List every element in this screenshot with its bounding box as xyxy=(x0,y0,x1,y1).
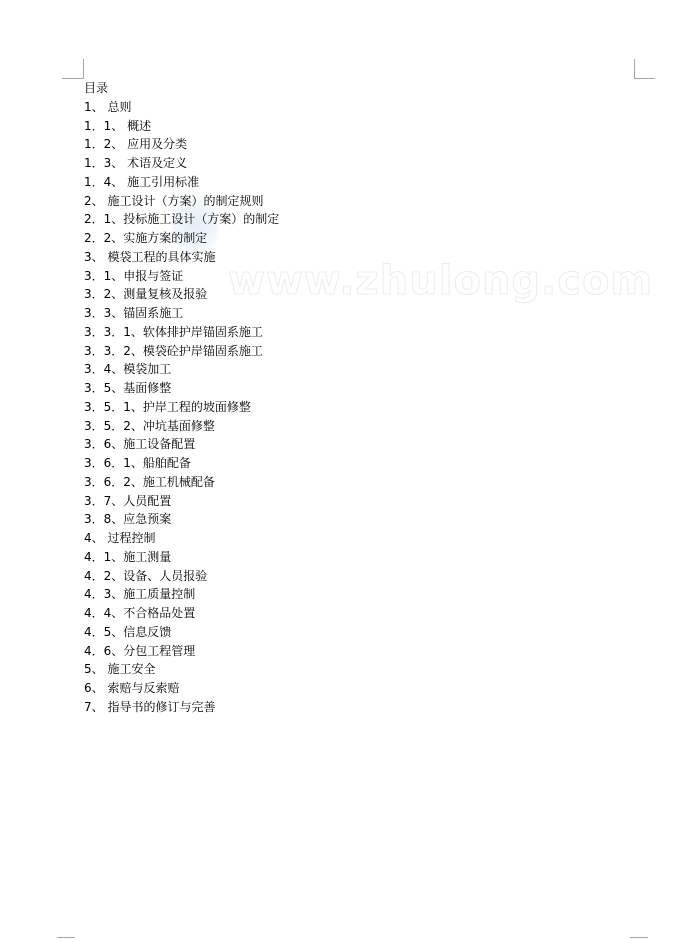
toc-item[interactable]: 3．3、锚固系施工 xyxy=(84,304,279,323)
toc-item[interactable]: 3．6．1、船舶配备 xyxy=(84,454,279,473)
toc-item[interactable]: 3．6、施工设备配置 xyxy=(84,435,279,454)
toc-title: 目录 xyxy=(84,79,279,98)
toc-item[interactable]: 3．3．2、模袋砼护岸锚固系施工 xyxy=(84,342,279,361)
toc-item[interactable]: 3．4、模袋加工 xyxy=(84,360,279,379)
toc-item[interactable]: 6、 索赔与反索赔 xyxy=(84,679,279,698)
toc-item[interactable]: 2．1、投标施工设计（方案）的制定 xyxy=(84,210,279,229)
toc-item[interactable]: 3．6．2、施工机械配备 xyxy=(84,473,279,492)
toc-item[interactable]: 3．7、人员配置 xyxy=(84,492,279,511)
corner-mark-top-left-v xyxy=(83,59,84,79)
toc-item[interactable]: 3．1、申报与签证 xyxy=(84,267,279,286)
toc-item[interactable]: 2、 施工设计（方案）的制定规则 xyxy=(84,192,279,211)
corner-mark-top-right-v xyxy=(634,59,635,79)
toc-item[interactable]: 3．5．2、冲坑基面修整 xyxy=(84,417,279,436)
corner-mark-top-left-h xyxy=(62,78,83,79)
toc-item[interactable]: 3、 模袋工程的具体实施 xyxy=(84,248,279,267)
toc-item[interactable]: 5、 施工安全 xyxy=(84,660,279,679)
corner-mark-bottom-left xyxy=(57,937,75,938)
toc-item[interactable]: 4．5、信息反馈 xyxy=(84,623,279,642)
toc-item[interactable]: 4、 过程控制 xyxy=(84,529,279,548)
toc-item[interactable]: 4．6、分包工程管理 xyxy=(84,642,279,661)
toc-item[interactable]: 4．4、不合格品处置 xyxy=(84,604,279,623)
toc-item[interactable]: 4．2、设备、人员报验 xyxy=(84,567,279,586)
toc-item[interactable]: 3．3．1、软体排护岸锚固系施工 xyxy=(84,323,279,342)
toc-item[interactable]: 3．5、基面修整 xyxy=(84,379,279,398)
toc-item[interactable]: 3．2、测量复核及报验 xyxy=(84,285,279,304)
toc-item[interactable]: 4．3、施工质量控制 xyxy=(84,585,279,604)
corner-mark-bottom-right xyxy=(630,937,648,938)
toc-item[interactable]: 7、 指导书的修订与完善 xyxy=(84,698,279,717)
table-of-contents: 目录 1、 总则 1．1、 概述 1．2、 应用及分类 1．3、 术语及定义 1… xyxy=(84,79,279,717)
toc-item[interactable]: 3．5．1、护岸工程的坡面修整 xyxy=(84,398,279,417)
toc-item[interactable]: 1．2、 应用及分类 xyxy=(84,135,279,154)
toc-item[interactable]: 2．2、实施方案的制定 xyxy=(84,229,279,248)
toc-item[interactable]: 4．1、施工测量 xyxy=(84,548,279,567)
toc-item[interactable]: 3．8、应急预案 xyxy=(84,510,279,529)
watermark-text: www.zhulong.com xyxy=(228,258,653,304)
corner-mark-top-right-h xyxy=(634,78,655,79)
toc-item[interactable]: 1．3、 术语及定义 xyxy=(84,154,279,173)
toc-item[interactable]: 1、 总则 xyxy=(84,98,279,117)
toc-item[interactable]: 1．4、 施工引用标准 xyxy=(84,173,279,192)
toc-item[interactable]: 1．1、 概述 xyxy=(84,117,279,136)
